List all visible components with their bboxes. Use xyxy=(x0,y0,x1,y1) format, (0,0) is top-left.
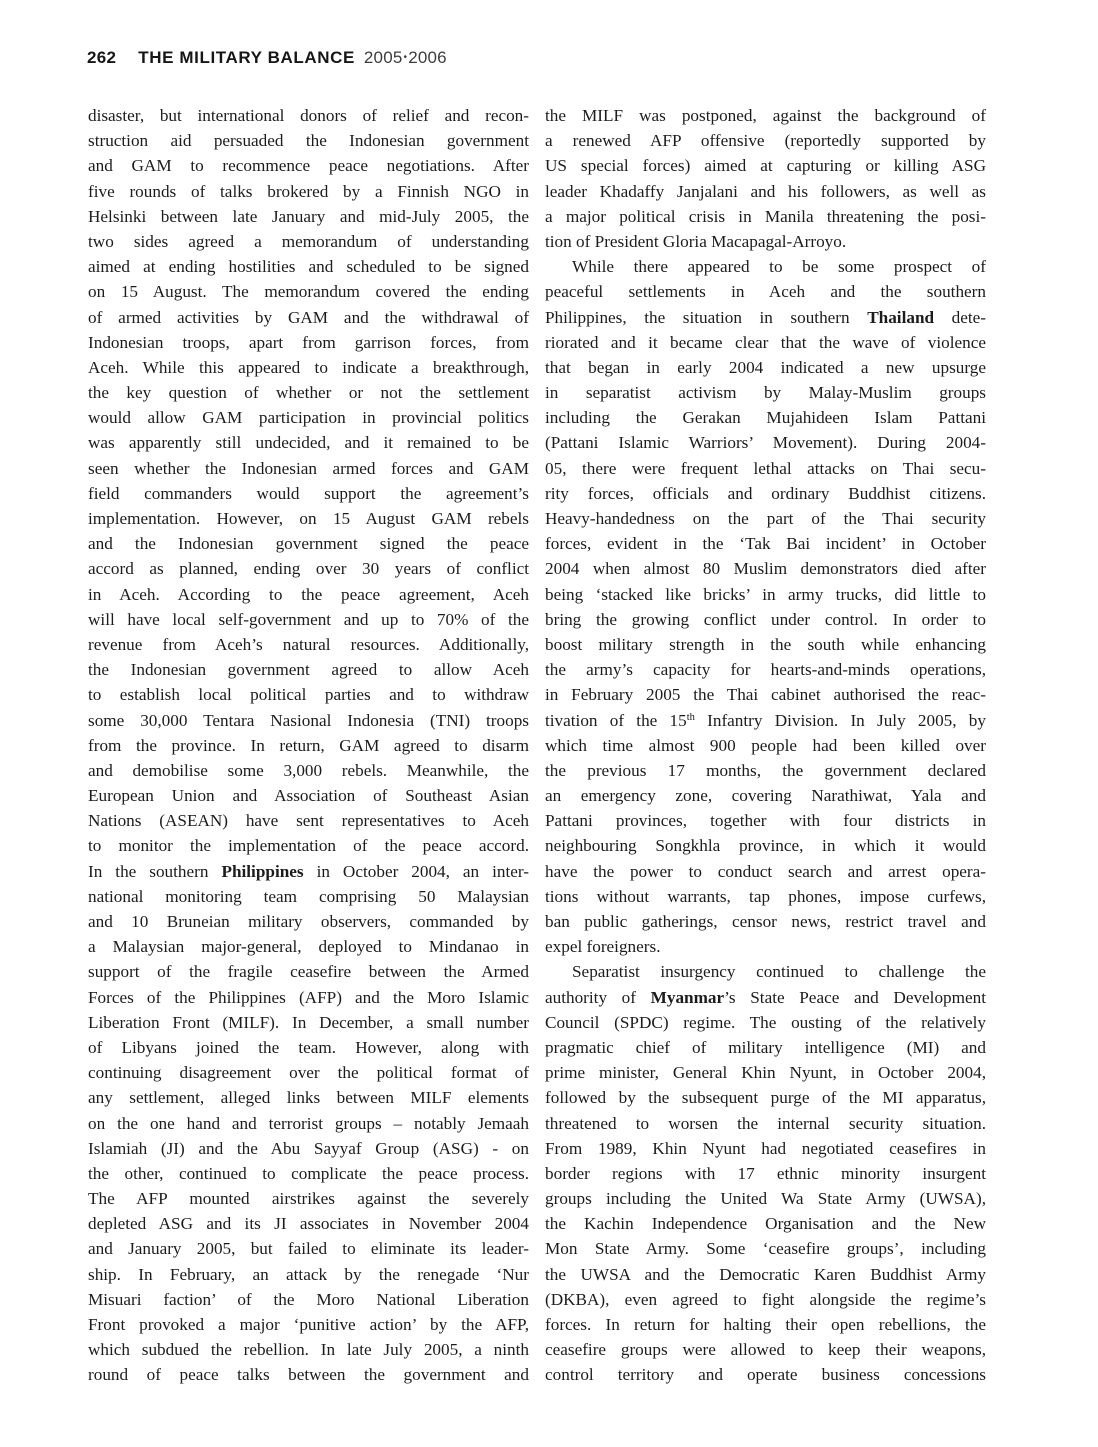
text-run: support of the fragile ceasefire between… xyxy=(88,962,529,981)
text-run: of Libyans joined the team. However, alo… xyxy=(88,1038,529,1057)
bold-term: Philippines xyxy=(221,862,303,881)
text-run: tivation of the 15 xyxy=(545,711,687,730)
text-run: While there appeared to be some prospect… xyxy=(572,257,986,276)
text-line: European Union and Association of Southe… xyxy=(88,783,529,808)
text-line: round of peace talks between the governm… xyxy=(88,1362,529,1387)
text-run: two sides agreed a memorandum of underst… xyxy=(88,232,529,251)
text-run: 05, there were frequent lethal attacks o… xyxy=(545,459,986,478)
text-run: border regions with 17 ethnic minority i… xyxy=(545,1164,986,1183)
text-line: of Libyans joined the team. However, alo… xyxy=(88,1035,529,1060)
text-line: Indonesian troops, apart from garrison f… xyxy=(88,330,529,355)
text-run: struction aid persuaded the Indonesian g… xyxy=(88,131,529,150)
text-line: the army’s capacity for hearts-and-minds… xyxy=(545,657,986,682)
text-line: accord as planned, ending over 30 years … xyxy=(88,556,529,581)
text-line: While there appeared to be some prospect… xyxy=(545,254,986,279)
text-run: control territory and operate business c… xyxy=(545,1365,986,1384)
running-header: 262 THE MILITARY BALANCE 2005•2006 xyxy=(87,48,447,68)
text-line: from the province. In return, GAM agreed… xyxy=(88,733,529,758)
text-run: the previous 17 months, the government d… xyxy=(545,761,986,780)
text-line: In the southern Philippines in October 2… xyxy=(88,859,529,884)
text-column-right: the MILF was postponed, against the back… xyxy=(545,103,986,1388)
text-run: peaceful settlements in Aceh and the sou… xyxy=(545,282,986,301)
text-run: Forces of the Philippines (AFP) and the … xyxy=(88,988,529,1007)
text-line: disaster, but international donors of re… xyxy=(88,103,529,128)
text-run: rity forces, officials and ordinary Budd… xyxy=(545,484,986,503)
text-run: in separatist activism by Malay-Muslim g… xyxy=(545,383,986,402)
text-run: boost military strength in the south whi… xyxy=(545,635,986,654)
text-run: the Kachin Independence Organisation and… xyxy=(545,1214,986,1233)
text-run: and demobilise some 3,000 rebels. Meanwh… xyxy=(88,761,529,780)
text-line: Forces of the Philippines (AFP) and the … xyxy=(88,985,529,1010)
text-run: round of peace talks between the governm… xyxy=(88,1365,529,1384)
text-line: 05, there were frequent lethal attacks o… xyxy=(545,456,986,481)
text-line: five rounds of talks brokered by a Finni… xyxy=(88,179,529,204)
text-line: the Indonesian government agreed to allo… xyxy=(88,657,529,682)
text-line: expel foreigners. xyxy=(545,934,986,959)
text-run: tion of President Gloria Macapagal-Arroy… xyxy=(545,232,846,251)
text-run: leader Khadaffy Janjalani and his follow… xyxy=(545,182,986,201)
text-run: and 10 Bruneian military observers, comm… xyxy=(88,912,529,931)
text-run: continuing disagreement over the politic… xyxy=(88,1063,529,1082)
text-run: dete- xyxy=(934,308,986,327)
text-run: would allow GAM participation in provinc… xyxy=(88,408,529,427)
text-line: Islamiah (JI) and the Abu Sayyaf Group (… xyxy=(88,1136,529,1161)
text-line: Front provoked a major ‘punitive action’… xyxy=(88,1312,529,1337)
text-run: ceasefire groups were allowed to keep th… xyxy=(545,1340,986,1359)
bold-term: Thailand xyxy=(867,308,934,327)
text-line: the UWSA and the Democratic Karen Buddhi… xyxy=(545,1262,986,1287)
text-run: a major political crisis in Manila threa… xyxy=(545,207,986,226)
text-run: seen whether the Indonesian armed forces… xyxy=(88,459,529,478)
header-edition: 2005•2006 xyxy=(364,48,447,68)
text-line: an emergency zone, covering Narathiwat, … xyxy=(545,783,986,808)
text-line: Aceh. While this appeared to indicate a … xyxy=(88,355,529,380)
text-line: and the Indonesian government signed the… xyxy=(88,531,529,556)
text-line: in separatist activism by Malay-Muslim g… xyxy=(545,380,986,405)
text-run: ban public gatherings, censor news, rest… xyxy=(545,912,986,931)
text-line: (DKBA), even agreed to fight alongside t… xyxy=(545,1287,986,1312)
text-line: national monitoring team comprising 50 M… xyxy=(88,884,529,909)
text-run: Misuari faction’ of the Moro National Li… xyxy=(88,1290,529,1309)
text-line: authority of Myanmar’s State Peace and D… xyxy=(545,985,986,1010)
text-run: that began in early 2004 indicated a new… xyxy=(545,358,986,377)
text-line: Helsinki between late January and mid-Ju… xyxy=(88,204,529,229)
text-run: depleted ASG and its JI associates in No… xyxy=(88,1214,529,1233)
text-line: Liberation Front (MILF). In December, a … xyxy=(88,1010,529,1035)
text-line: a Malaysian major-general, deployed to M… xyxy=(88,934,529,959)
text-line: support of the fragile ceasefire between… xyxy=(88,959,529,984)
text-run: a renewed AFP offensive (reportedly supp… xyxy=(545,131,986,150)
text-run: neighbouring Songkhla province, in which… xyxy=(545,836,986,855)
text-line: ship. In February, an attack by the rene… xyxy=(88,1262,529,1287)
text-line: was apparently still undecided, and it r… xyxy=(88,430,529,455)
text-line: followed by the subsequent purge of the … xyxy=(545,1085,986,1110)
text-run: was apparently still undecided, and it r… xyxy=(88,433,529,452)
text-run: including the Gerakan Mujahideen Islam P… xyxy=(545,408,986,427)
text-line: of armed activities by GAM and the withd… xyxy=(88,305,529,330)
text-run: Heavy-handedness on the part of the Thai… xyxy=(545,509,986,528)
text-line: neighbouring Songkhla province, in which… xyxy=(545,833,986,858)
text-run: Indonesian troops, apart from garrison f… xyxy=(88,333,529,352)
text-line: to monitor the implementation of the pea… xyxy=(88,833,529,858)
text-line: continuing disagreement over the politic… xyxy=(88,1060,529,1085)
text-line: a renewed AFP offensive (reportedly supp… xyxy=(545,128,986,153)
text-run: field commanders would support the agree… xyxy=(88,484,529,503)
header-year-start: 2005 xyxy=(364,48,403,68)
text-line: the other, continued to complicate the p… xyxy=(88,1161,529,1186)
text-run: and January 2005, but failed to eliminat… xyxy=(88,1239,529,1258)
text-run: will have local self-government and up t… xyxy=(88,610,529,629)
text-run: pragmatic chief of military intelligence… xyxy=(545,1038,986,1057)
text-line: Heavy-handedness on the part of the Thai… xyxy=(545,506,986,531)
text-run: the key question of whether or not the s… xyxy=(88,383,529,402)
text-line: US special forces) aimed at capturing or… xyxy=(545,153,986,178)
text-line: ceasefire groups were allowed to keep th… xyxy=(545,1337,986,1362)
header-title: THE MILITARY BALANCE xyxy=(138,48,355,68)
text-run: which time almost 900 people had been ki… xyxy=(545,736,986,755)
text-run: the other, continued to complicate the p… xyxy=(88,1164,529,1183)
text-run: Liberation Front (MILF). In December, a … xyxy=(88,1013,529,1032)
text-line: From 1989, Khin Nyunt had negotiated cea… xyxy=(545,1136,986,1161)
text-run: an emergency zone, covering Narathiwat, … xyxy=(545,786,986,805)
text-run: the MILF was postponed, against the back… xyxy=(545,106,986,125)
text-line: Separatist insurgency continued to chall… xyxy=(545,959,986,984)
text-line: including the Gerakan Mujahideen Islam P… xyxy=(545,405,986,430)
text-line: that began in early 2004 indicated a new… xyxy=(545,355,986,380)
text-run: The AFP mounted airstrikes against the s… xyxy=(88,1189,529,1208)
text-line: (Pattani Islamic Warriors’ Movement). Du… xyxy=(545,430,986,455)
text-run: have the power to conduct search and arr… xyxy=(545,862,986,881)
document-page: 262 THE MILITARY BALANCE 2005•2006 disas… xyxy=(0,0,1098,1447)
text-line: Nations (ASEAN) have sent representative… xyxy=(88,808,529,833)
bullet-separator-icon: • xyxy=(404,52,408,63)
text-run: in October 2004, an inter- xyxy=(304,862,529,881)
text-run: a Malaysian major-general, deployed to M… xyxy=(88,937,529,956)
text-run: Infantry Division. In July 2005, by xyxy=(695,711,986,730)
text-run: in February 2005 the Thai cabinet author… xyxy=(545,685,986,704)
text-line: any settlement, alleged links between MI… xyxy=(88,1085,529,1110)
text-columns: disaster, but international donors of re… xyxy=(88,103,986,1388)
text-line: some 30,000 Tentara Nasional Indonesia (… xyxy=(88,708,529,733)
text-line: peaceful settlements in Aceh and the sou… xyxy=(545,279,986,304)
text-line: aimed at ending hostilities and schedule… xyxy=(88,254,529,279)
text-line: being ‘stacked like bricks’ in army truc… xyxy=(545,582,986,607)
text-line: on 15 August. The memorandum covered the… xyxy=(88,279,529,304)
text-run: Front provoked a major ‘punitive action’… xyxy=(88,1315,529,1334)
text-line: leader Khadaffy Janjalani and his follow… xyxy=(545,179,986,204)
text-line: Mon State Army. Some ‘ceasefire groups’,… xyxy=(545,1236,986,1261)
text-line: riorated and it became clear that the wa… xyxy=(545,330,986,355)
text-line: field commanders would support the agree… xyxy=(88,481,529,506)
text-run: expel foreigners. xyxy=(545,937,661,956)
text-run: of armed activities by GAM and the withd… xyxy=(88,308,529,327)
text-line: have the power to conduct search and arr… xyxy=(545,859,986,884)
text-line: ban public gatherings, censor news, rest… xyxy=(545,909,986,934)
text-line: the Kachin Independence Organisation and… xyxy=(545,1211,986,1236)
text-run: disaster, but international donors of re… xyxy=(88,106,529,125)
text-run: US special forces) aimed at capturing or… xyxy=(545,156,986,175)
text-run: Mon State Army. Some ‘ceasefire groups’,… xyxy=(545,1239,986,1258)
text-run: and the Indonesian government signed the… xyxy=(88,534,529,553)
text-run: the army’s capacity for hearts-and-minds… xyxy=(545,660,986,679)
text-line: Council (SPDC) regime. The ousting of th… xyxy=(545,1010,986,1035)
text-line: bring the growing conflict under control… xyxy=(545,607,986,632)
text-line: and demobilise some 3,000 rebels. Meanwh… xyxy=(88,758,529,783)
text-run: In the southern xyxy=(88,862,221,881)
bold-term: Myanmar xyxy=(651,988,725,1007)
text-run: European Union and Association of Southe… xyxy=(88,786,529,805)
text-run: From 1989, Khin Nyunt had negotiated cea… xyxy=(545,1139,986,1158)
text-line: the MILF was postponed, against the back… xyxy=(545,103,986,128)
text-line: would allow GAM participation in provinc… xyxy=(88,405,529,430)
text-line: will have local self-government and up t… xyxy=(88,607,529,632)
text-run: threatened to worsen the internal securi… xyxy=(545,1114,986,1133)
text-line: The AFP mounted airstrikes against the s… xyxy=(88,1186,529,1211)
text-run: followed by the subsequent purge of the … xyxy=(545,1088,986,1107)
text-run: aimed at ending hostilities and schedule… xyxy=(88,257,529,276)
text-line: implementation. However, on 15 August GA… xyxy=(88,506,529,531)
text-line: depleted ASG and its JI associates in No… xyxy=(88,1211,529,1236)
text-run: accord as planned, ending over 30 years … xyxy=(88,559,529,578)
text-run: national monitoring team comprising 50 M… xyxy=(88,887,529,906)
text-run: Separatist insurgency continued to chall… xyxy=(572,962,986,981)
text-column-left: disaster, but international donors of re… xyxy=(88,103,529,1388)
text-line: two sides agreed a memorandum of underst… xyxy=(88,229,529,254)
text-run: (Pattani Islamic Warriors’ Movement). Du… xyxy=(545,433,986,452)
text-line: groups including the United Wa State Arm… xyxy=(545,1186,986,1211)
text-run: on 15 August. The memorandum covered the… xyxy=(88,282,529,301)
text-run: forces. In return for halting their open… xyxy=(545,1315,986,1334)
text-run: from the province. In return, GAM agreed… xyxy=(88,736,529,755)
text-run: on the one hand and terrorist groups – n… xyxy=(88,1114,529,1133)
text-line: the previous 17 months, the government d… xyxy=(545,758,986,783)
text-run: any settlement, alleged links between MI… xyxy=(88,1088,529,1107)
text-run: to monitor the implementation of the pea… xyxy=(88,836,529,855)
text-line: threatened to worsen the internal securi… xyxy=(545,1111,986,1136)
text-line: rity forces, officials and ordinary Budd… xyxy=(545,481,986,506)
text-line: to establish local political parties and… xyxy=(88,682,529,707)
text-line: revenue from Aceh’s natural resources. A… xyxy=(88,632,529,657)
text-run: prime minister, General Khin Nyunt, in O… xyxy=(545,1063,986,1082)
text-line: and GAM to recommence peace negotiations… xyxy=(88,153,529,178)
text-line: on the one hand and terrorist groups – n… xyxy=(88,1111,529,1136)
text-run: and GAM to recommence peace negotiations… xyxy=(88,156,529,175)
text-line: forces, evident in the ‘Tak Bai incident… xyxy=(545,531,986,556)
text-line: pragmatic chief of military intelligence… xyxy=(545,1035,986,1060)
text-line: border regions with 17 ethnic minority i… xyxy=(545,1161,986,1186)
text-run: to establish local political parties and… xyxy=(88,685,529,704)
text-run: forces, evident in the ‘Tak Bai incident… xyxy=(545,534,986,553)
text-run: 2004 when almost 80 Muslim demonstrators… xyxy=(545,559,986,578)
text-run: Council (SPDC) regime. The ousting of th… xyxy=(545,1013,986,1032)
text-line: boost military strength in the south whi… xyxy=(545,632,986,657)
text-line: and 10 Bruneian military observers, comm… xyxy=(88,909,529,934)
text-line: a major political crisis in Manila threa… xyxy=(545,204,986,229)
header-year-end: 2006 xyxy=(408,48,447,68)
text-run: implementation. However, on 15 August GA… xyxy=(88,509,529,528)
text-run: Helsinki between late January and mid-Ju… xyxy=(88,207,529,226)
text-run: groups including the United Wa State Arm… xyxy=(545,1189,986,1208)
text-run: ’s State Peace and Development xyxy=(724,988,986,1007)
text-line: the key question of whether or not the s… xyxy=(88,380,529,405)
text-line: seen whether the Indonesian armed forces… xyxy=(88,456,529,481)
text-run: Philippines, the situation in southern xyxy=(545,308,867,327)
text-line: Misuari faction’ of the Moro National Li… xyxy=(88,1287,529,1312)
text-line: struction aid persuaded the Indonesian g… xyxy=(88,128,529,153)
text-run: Islamiah (JI) and the Abu Sayyaf Group (… xyxy=(88,1139,529,1158)
text-run: being ‘stacked like bricks’ in army truc… xyxy=(545,585,986,604)
text-line: forces. In return for halting their open… xyxy=(545,1312,986,1337)
superscript: th xyxy=(687,712,695,723)
text-line: Pattani provinces, together with four di… xyxy=(545,808,986,833)
text-line: which subdued the rebellion. In late Jul… xyxy=(88,1337,529,1362)
text-run: the Indonesian government agreed to allo… xyxy=(88,660,529,679)
text-line: which time almost 900 people had been ki… xyxy=(545,733,986,758)
text-run: authority of xyxy=(545,988,651,1007)
text-run: the UWSA and the Democratic Karen Buddhi… xyxy=(545,1265,986,1284)
text-run: Pattani provinces, together with four di… xyxy=(545,811,986,830)
text-line: 2004 when almost 80 Muslim demonstrators… xyxy=(545,556,986,581)
text-run: which subdued the rebellion. In late Jul… xyxy=(88,1340,529,1359)
text-run: bring the growing conflict under control… xyxy=(545,610,986,629)
text-line: tion of President Gloria Macapagal-Arroy… xyxy=(545,229,986,254)
text-line: and January 2005, but failed to eliminat… xyxy=(88,1236,529,1261)
text-line: tivation of the 15th Infantry Division. … xyxy=(545,708,986,733)
text-run: tions without warrants, tap phones, impo… xyxy=(545,887,986,906)
text-run: revenue from Aceh’s natural resources. A… xyxy=(88,635,529,654)
text-run: ship. In February, an attack by the rene… xyxy=(88,1265,529,1284)
text-line: in Aceh. According to the peace agreemen… xyxy=(88,582,529,607)
text-line: tions without warrants, tap phones, impo… xyxy=(545,884,986,909)
text-run: Nations (ASEAN) have sent representative… xyxy=(88,811,529,830)
text-line: control territory and operate business c… xyxy=(545,1362,986,1387)
text-run: riorated and it became clear that the wa… xyxy=(545,333,986,352)
text-line: in February 2005 the Thai cabinet author… xyxy=(545,682,986,707)
text-line: Philippines, the situation in southern T… xyxy=(545,305,986,330)
page-number: 262 xyxy=(87,48,116,68)
text-run: in Aceh. According to the peace agreemen… xyxy=(88,585,529,604)
text-run: Aceh. While this appeared to indicate a … xyxy=(88,358,529,377)
text-run: five rounds of talks brokered by a Finni… xyxy=(88,182,529,201)
text-line: prime minister, General Khin Nyunt, in O… xyxy=(545,1060,986,1085)
text-run: some 30,000 Tentara Nasional Indonesia (… xyxy=(88,711,529,730)
text-run: (DKBA), even agreed to fight alongside t… xyxy=(545,1290,986,1309)
